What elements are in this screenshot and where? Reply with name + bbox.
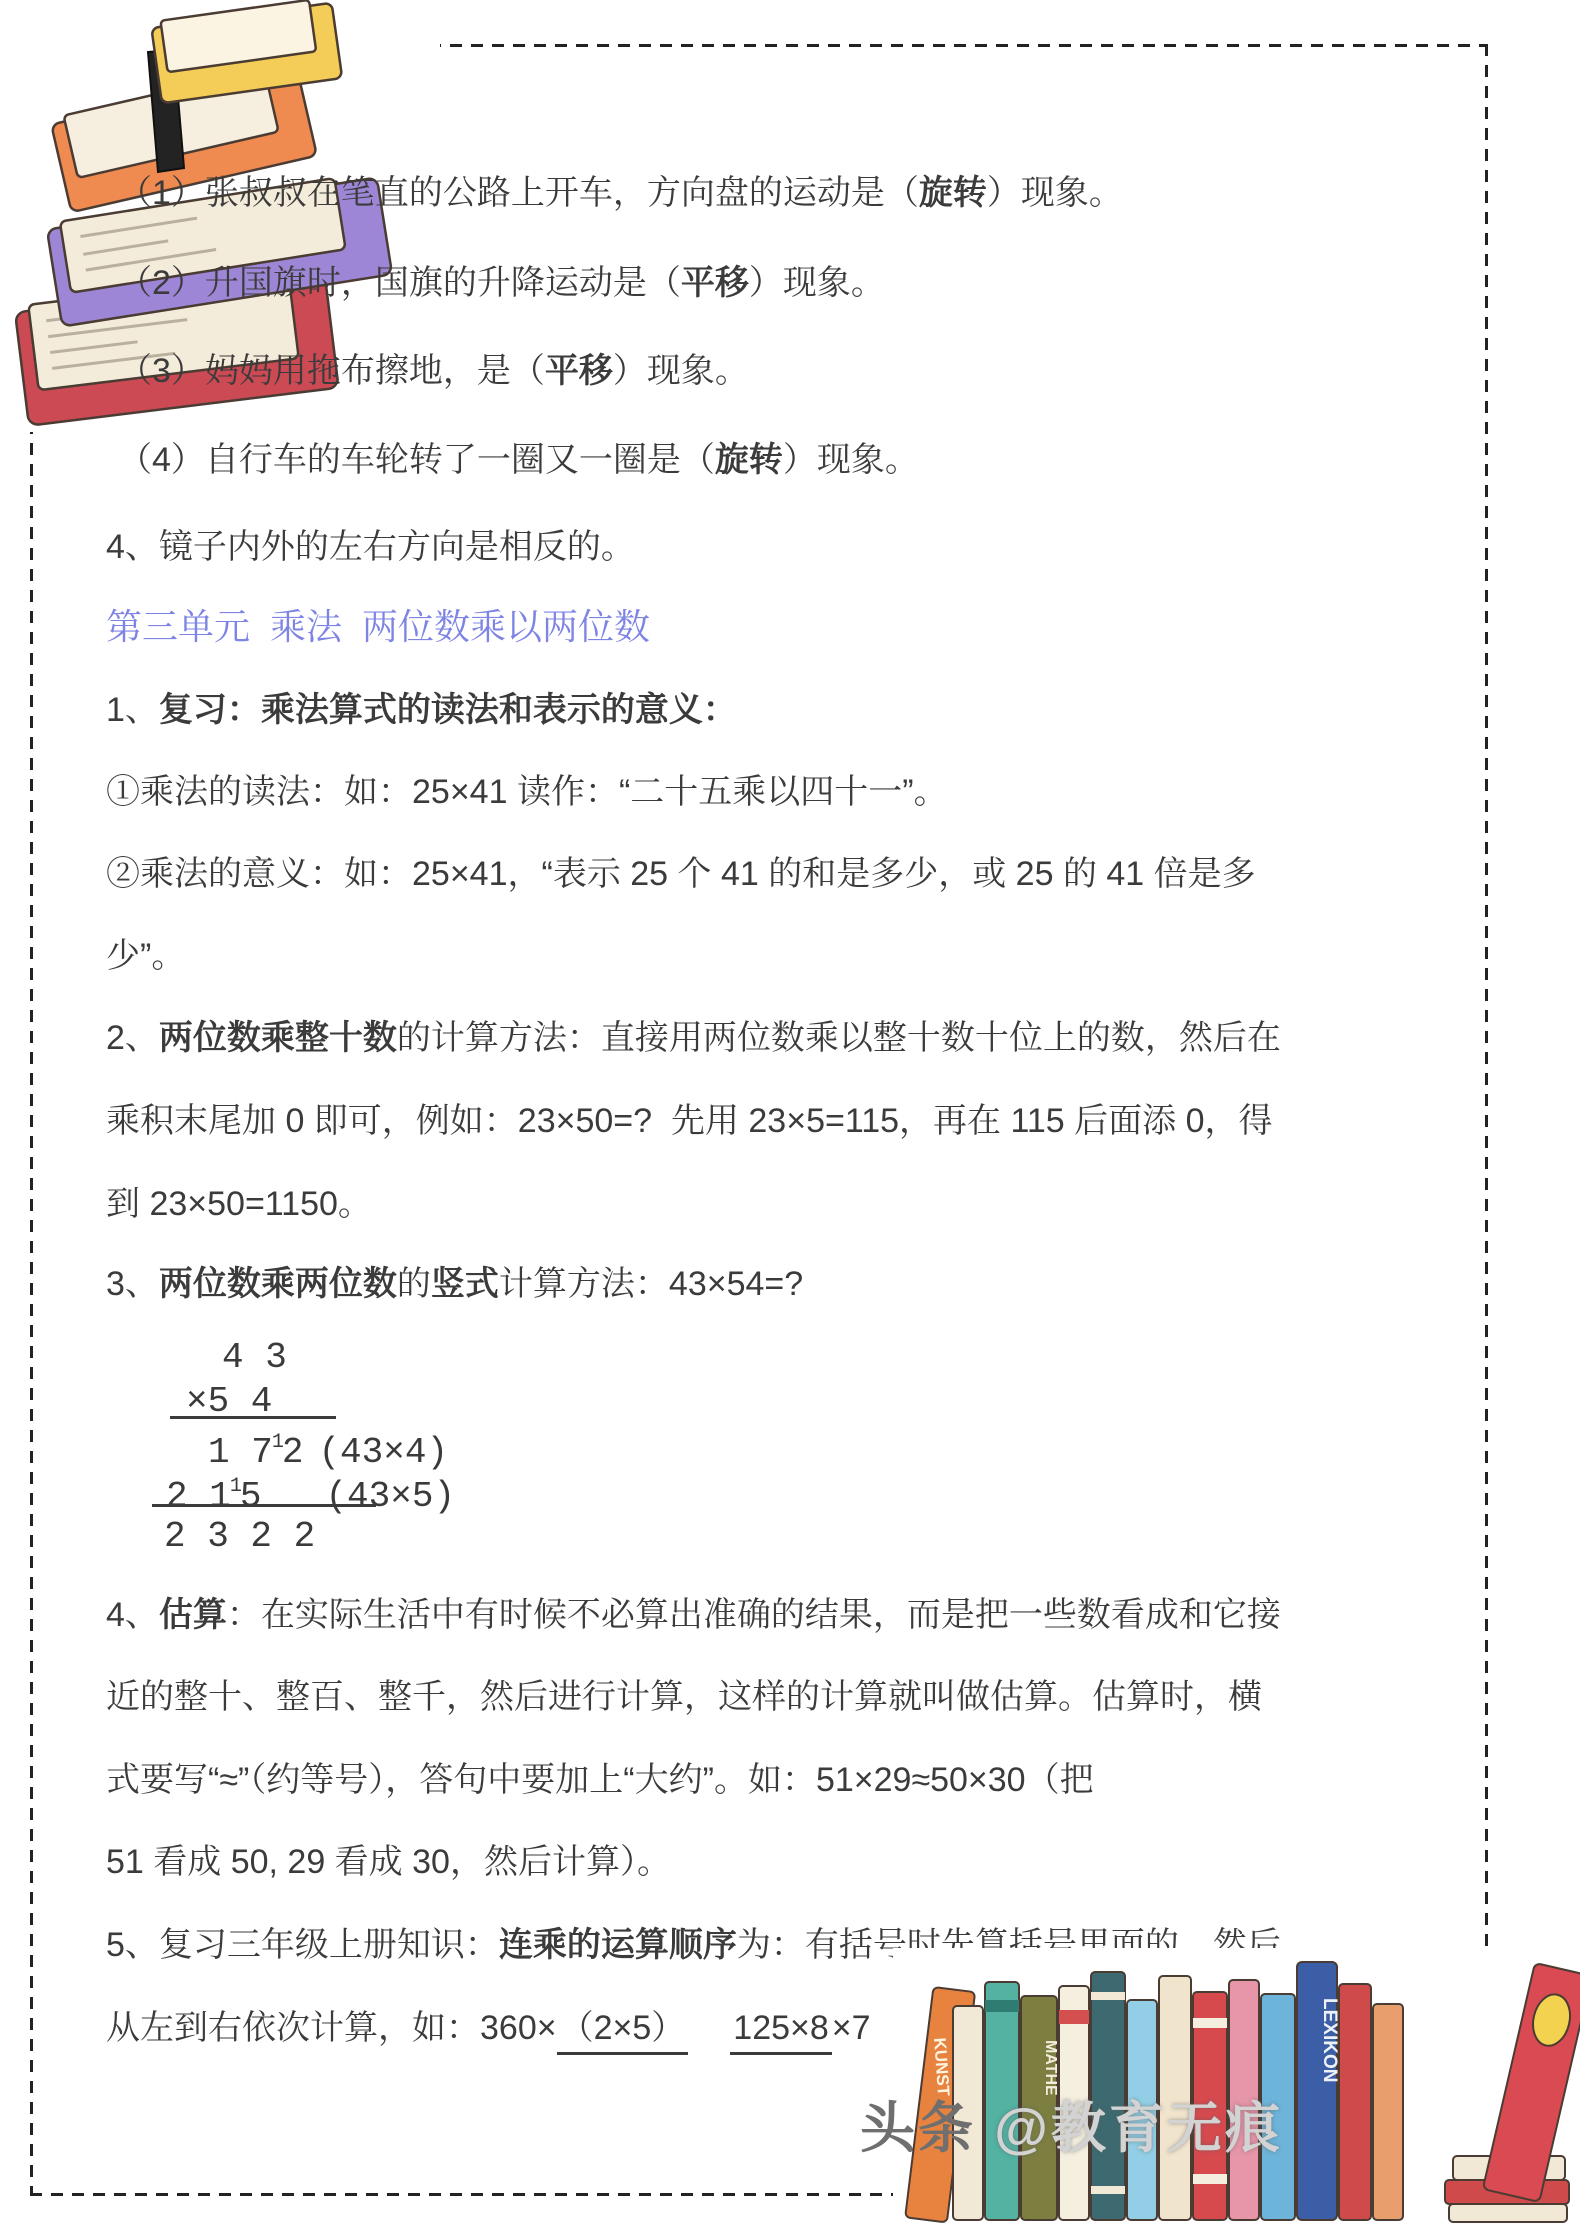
item4-answer: 旋转: [715, 441, 783, 479]
point-4-term: 估算: [159, 1596, 227, 1634]
point-1-meaning-cont: 少”。: [106, 933, 185, 979]
point-4-cont-1: 近的整十、整百、整千，然后进行计算，这样的计算就叫做估算。估算时，横: [106, 1674, 1262, 1720]
mult-product: 2 3 2 2: [164, 1515, 315, 1559]
point-1-meaning: ②乘法的意义：如：25×41，“表示 25 个 41 的和是多少，或 25 的 …: [106, 851, 1256, 897]
list-item-3: （3）妈妈用拖布擦地，是（平移）现象。: [118, 348, 749, 394]
point-3-term-1: 两位数乘两位数: [159, 1265, 397, 1303]
item2-answer: 平移: [681, 264, 749, 302]
answer-blank-1: （2×5）: [557, 2009, 689, 2055]
mult-multiplicand: 4 3: [222, 1336, 287, 1380]
page-border-right: [1485, 44, 1488, 2196]
mult-partial-2-note: (43×5): [325, 1476, 455, 1517]
unit-header: 第三单元 乘法 两位数乘以两位数: [106, 604, 650, 650]
carry-digit: 1: [272, 1431, 284, 1454]
point-1-title: 复习：乘法算式的读法和表示的意义：: [159, 691, 737, 729]
point-2-cont-2: 到 23×50=1150。: [106, 1181, 372, 1227]
item2-text: （2）升国旗时，国旗的升降运动是（: [118, 264, 681, 302]
point-3-term-2: 竖式: [431, 1265, 499, 1303]
point-1-reading: ①乘法的读法：如：25×41 读作：“二十五乘以四十一”。: [106, 769, 948, 815]
item4-text: （4）自行车的车轮转了一圈又一圈是（: [118, 441, 715, 479]
point-2-term: 两位数乘整十数: [159, 1019, 397, 1057]
point-4-cont-3: 51 看成 50, 29 看成 30，然后计算）。: [106, 1839, 671, 1885]
point-2-heading: 2、两位数乘整十数的计算方法：直接用两位数乘以整十数十位上的数，然后在: [106, 1015, 1281, 1061]
point-3-heading: 3、两位数乘两位数的竖式计算方法：43×54=?: [106, 1261, 803, 1307]
point-2-cont-1: 乘积末尾加 0 即可，例如：23×50=? 先用 23×5=115，再在 115…: [106, 1098, 1273, 1144]
point-1-heading: 1、复习：乘法算式的读法和表示的意义：: [106, 687, 737, 733]
mult-rule-2: [152, 1504, 376, 1507]
item3-text: （3）妈妈用拖布擦地，是（: [118, 352, 545, 390]
list-item-1: （1）张叔叔在笔直的公路上开车，方向盘的运动是（旋转）现象。: [118, 170, 1123, 216]
mult-rule-1: [170, 1416, 336, 1419]
carry-digit: 1: [230, 1475, 242, 1498]
watermark-handle: @教育无痕: [994, 2097, 1283, 2159]
point-5-cont: 从左到右依次计算，如：360×（2×5）125×8×7: [106, 2005, 871, 2051]
item1-answer: 旋转: [919, 174, 987, 212]
list-item-2: （2）升国旗时，国旗的升降运动是（平移）现象。: [118, 260, 885, 306]
item1-text: （1）张叔叔在笔直的公路上开车，方向盘的运动是（: [118, 174, 919, 212]
mirror-note: 4、镜子内外的左右方向是相反的。: [106, 524, 635, 570]
list-item-4: （4）自行车的车轮转了一圈又一圈是（旋转）现象。: [118, 437, 919, 483]
point-5-term: 连乘的运算顺序: [499, 1926, 737, 1964]
point-4-heading: 4、估算：在实际生活中有时候不必算出准确的结果，而是把一些数看成和它接: [106, 1592, 1281, 1638]
worksheet-page: （1）张叔叔在笔直的公路上开车，方向盘的运动是（旋转）现象。 （2）升国旗时，国…: [0, 0, 1580, 2237]
answer-blank-2: 125×8: [730, 2009, 832, 2055]
item3-answer: 平移: [545, 352, 613, 390]
point-4-cont-2: 式要写“≈”（约等号），答句中要加上“大约”。如：51×29≈50×30（把: [106, 1757, 1094, 1803]
mult-partial-2: 2 115(43×5): [166, 1467, 455, 1519]
watermark: 头条 @教育无痕: [860, 2084, 1283, 2163]
watermark-brand: 头条: [860, 2097, 976, 2159]
spine-label-lexikon: LEXIKON: [1319, 1998, 1340, 2082]
